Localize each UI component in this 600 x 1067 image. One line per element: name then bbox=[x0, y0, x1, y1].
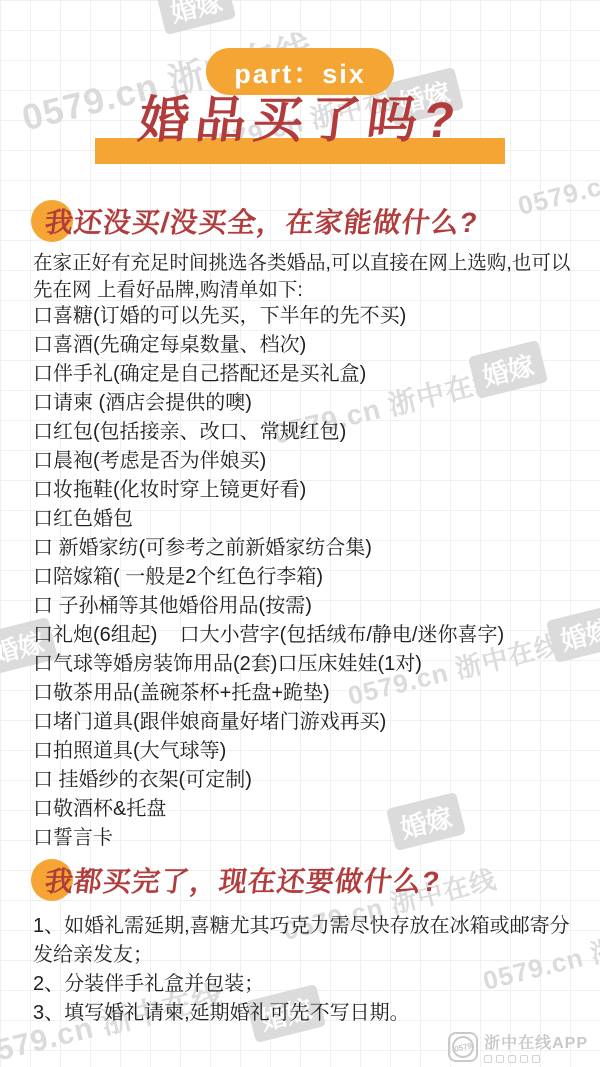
logo-0579-icon: 0579 bbox=[450, 1033, 476, 1059]
page-title: 婚品买了吗? bbox=[135, 88, 466, 153]
checklist-item: 口晨袍(考虑是否为伴娘买) bbox=[33, 447, 578, 476]
content-layer: part：six 婚品买了吗? 我还没买/没买全，在家能做什么? 在家正好有充足… bbox=[0, 0, 600, 1067]
checklist-item: 口陪嫁箱( 一般是2个红色行李箱) bbox=[33, 563, 578, 592]
checklist-item: 口 挂婚纱的衣架(可定制) bbox=[33, 766, 578, 795]
checklist-item: 口请柬 (酒店会提供的噢) bbox=[33, 389, 578, 418]
checklist-item: 口敬酒杯&托盘 bbox=[33, 795, 578, 824]
app-badge-title: 浙中在线APP bbox=[484, 1030, 588, 1053]
checklist-item: 口伴手礼(确定是自己搭配还是买礼盒) bbox=[33, 360, 578, 389]
intro-line: 在家正好有充足时间挑选各类婚品,可以直接在网上选购,也可以 bbox=[33, 250, 573, 277]
section1-intro: 在家正好有充足时间挑选各类婚品,可以直接在网上选购,也可以先在网 上看好品牌,购… bbox=[33, 250, 573, 304]
section1-heading-text: 我还没买/没买全，在家能做什么? bbox=[43, 203, 481, 243]
section2-heading: 我都买完了，现在还要做什么? bbox=[33, 862, 573, 906]
checklist-item: 口敬茶用品(盖碗茶杯+托盘+跪垫) bbox=[33, 679, 578, 708]
checklist-item: 口气球等婚房装饰用品(2套)口压床娃娃(1对) bbox=[33, 650, 578, 679]
checklist-item: 口堵门道具(跟伴娘商量好堵门游戏再买) bbox=[33, 708, 578, 737]
section1-heading: 我还没买/没买全，在家能做什么? bbox=[33, 203, 573, 247]
step-item: 3、填写婚礼请柬,延期婚礼可先不写日期。 bbox=[33, 999, 573, 1028]
title-block: 婚品买了吗? bbox=[0, 88, 600, 168]
checklist-item: 口妆拖鞋(化妆时穿上镜更好看) bbox=[33, 476, 578, 505]
app-logo-icon: 0579 bbox=[448, 1032, 478, 1062]
step-item: 2、分装伴手礼盒并包装； bbox=[33, 970, 573, 999]
checklist-item: 口礼炮(6组起) 口大小营字(包括绒布/静电/迷你喜字) bbox=[33, 621, 578, 650]
checklist-item: 口 子孙桶等其他婚俗用品(按需) bbox=[33, 592, 578, 621]
todo-steps: 1、如婚礼需延期,喜糖尤其巧克力需尽快存放在冰箱或邮寄分发给亲发友；2、分装伴手… bbox=[33, 912, 573, 1028]
step-item: 1、如婚礼需延期,喜糖尤其巧克力需尽快存放在冰箱或邮寄分发给亲发友； bbox=[33, 912, 573, 970]
app-badge: 0579 浙中在线APP bbox=[448, 1030, 588, 1063]
checklist-item: 口喜酒(先确定每桌数量、档次) bbox=[33, 331, 578, 360]
wedding-checklist: 口喜糖(订婚的可以先买，下半年的先不买)口喜酒(先确定每桌数量、档次)口伴手礼(… bbox=[33, 302, 578, 853]
checklist-item: 口喜糖(订婚的可以先买，下半年的先不买) bbox=[33, 302, 578, 331]
checklist-item: 口 新婚家纺(可参考之前新婚家纺合集) bbox=[33, 534, 578, 563]
section2-heading-text: 我都买完了，现在还要做什么? bbox=[43, 862, 443, 902]
checklist-item: 口誓言卡 bbox=[33, 824, 578, 853]
app-badge-text-block: 浙中在线APP bbox=[484, 1030, 588, 1063]
checklist-item: 口红色婚包 bbox=[33, 505, 578, 534]
checklist-item: 口拍照道具(大气球等) bbox=[33, 737, 578, 766]
infographic-page: 0579.cn 浙中在线 婚嫁 0579.cn 浙中在线 婚嫁 0579.cn … bbox=[0, 0, 600, 1067]
intro-line: 先在网 上看好品牌,购清单如下: bbox=[33, 277, 573, 304]
checklist-item: 口红包(包括接亲、改口、常规红包) bbox=[33, 418, 578, 447]
app-badge-squares-icon bbox=[484, 1055, 588, 1063]
